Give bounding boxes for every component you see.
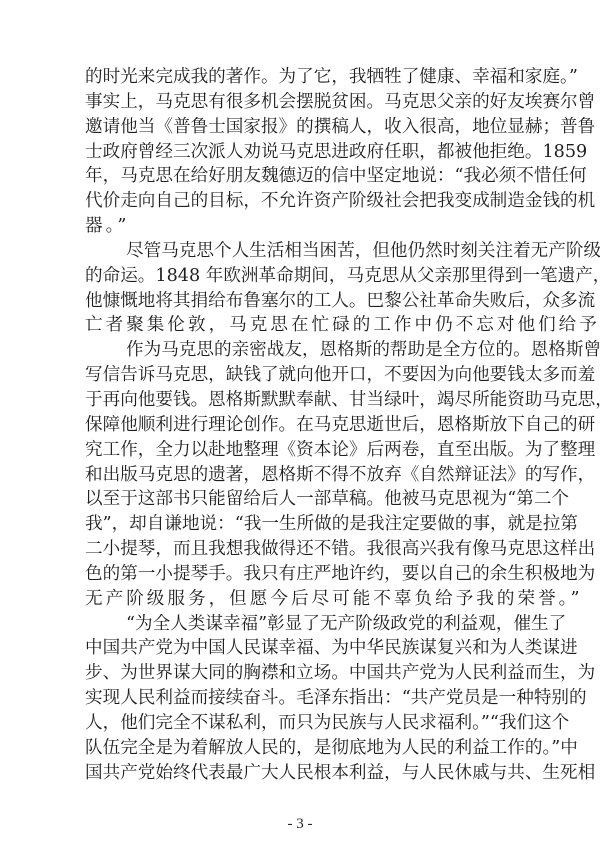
text-line: 以至于这部书只能留给后人一部草稿。他被马克思视为“第二个: [85, 487, 521, 512]
text-line: 邀请他当《普鲁士国家报》的撰稿人，收入很高，地位显赫；普鲁: [85, 115, 521, 140]
text-line: 保障他顺利进行理论创作。在马克思逝世后，恩格斯放下自己的研: [85, 413, 521, 438]
text-line: 器。”: [85, 214, 521, 239]
text-line: 士政府曾经三次派人劝说马克思进政府任职，都被他拒绝。1859: [85, 140, 521, 165]
paragraph-first-line: 尽管马克思个人生活相当困苦，但他仍然时刻关注着无产阶级: [85, 239, 521, 264]
paragraph-first-line: 作为马克思的亲密战友，恩格斯的帮助是全方位的。恩格斯曾: [85, 338, 521, 363]
text-line: 中国共产党为中国人民谋幸福、为中华民族谋复兴和为人类谋进: [85, 636, 521, 661]
text-line: 色的第一小提琴手。我只有庄严地许约，要以自己的余生积极地为: [85, 562, 521, 587]
text-line: 的时光来完成我的著作。为了它，我牺牲了健康、幸福和家庭。”: [85, 65, 521, 90]
document-page: 的时光来完成我的著作。为了它，我牺牲了健康、幸福和家庭。” 事实上，马克思有很多…: [0, 0, 600, 849]
paragraph-first-line: “为全人类谋幸福”彰显了无产阶级政党的利益观，催生了: [85, 612, 521, 637]
text-line: 队伍完全是为着解放人民的，是彻底地为人民的利益工作的。”中: [85, 736, 521, 761]
text-line: 和出版马克思的遗著，恩格斯不得不放弃《自然辩证法》的写作，: [85, 463, 521, 488]
text-line: 年，马克思在给好朋友魏德迈的信中坚定地说：“我必须不惜任何: [85, 164, 521, 189]
text-line: 的命运。1848 年欧洲革命期间，马克思从父亲那里得到一笔遗产，: [85, 264, 521, 289]
text-line: 无产阶级服务，但愿今后尽可能不辜负给予我的荣誉。”: [85, 587, 521, 612]
text-line: 实现人民利益而接续奋斗。毛泽东指出：“共产党员是一种特别的: [85, 686, 521, 711]
text-line: 人，他们完全不谋私利，而只为民族与人民求福利。”“我们这个: [85, 711, 521, 736]
text-line: 于再向他要钱。恩格斯默默奉献、甘当绿叶，竭尽所能资助马克思，: [85, 388, 521, 413]
text-line: 亡者聚集伦敦，马克思在忙碌的工作中仍不忘对他们给予关怀。: [85, 313, 521, 338]
text-line: 究工作，全力以赴地整理《资本论》后两卷，直至出版。为了整理: [85, 438, 521, 463]
text-line: 代价走向自己的目标，不允许资产阶级社会把我变成制造金钱的机: [85, 189, 521, 214]
text-line: 事实上，马克思有很多机会摆脱贫困。马克思父亲的好友埃赛尔曾: [85, 90, 521, 115]
text-line: 写信告诉马克思，缺钱了就向他开口，不要因为向他要钱太多而羞: [85, 363, 521, 388]
page-number: - 3 -: [0, 816, 600, 833]
text-line: 他慷慨地将其捐给布鲁塞尔的工人。巴黎公社革命失败后，众多流: [85, 289, 521, 314]
text-line: 国共产党始终代表最广大人民根本利益，与人民休戚与共、生死相: [85, 761, 521, 786]
text-line: 我”，却自谦地说：“我一生所做的是我注定要做的事，就是拉第: [85, 512, 521, 537]
body-text: 的时光来完成我的著作。为了它，我牺牲了健康、幸福和家庭。” 事实上，马克思有很多…: [85, 65, 521, 785]
text-line: 二小提琴，而且我想我做得还不错。我很高兴我有像马克思这样出: [85, 537, 521, 562]
text-line: 步、为世界谋大同的胸襟和立场。中国共产党为人民利益而生，为: [85, 661, 521, 686]
